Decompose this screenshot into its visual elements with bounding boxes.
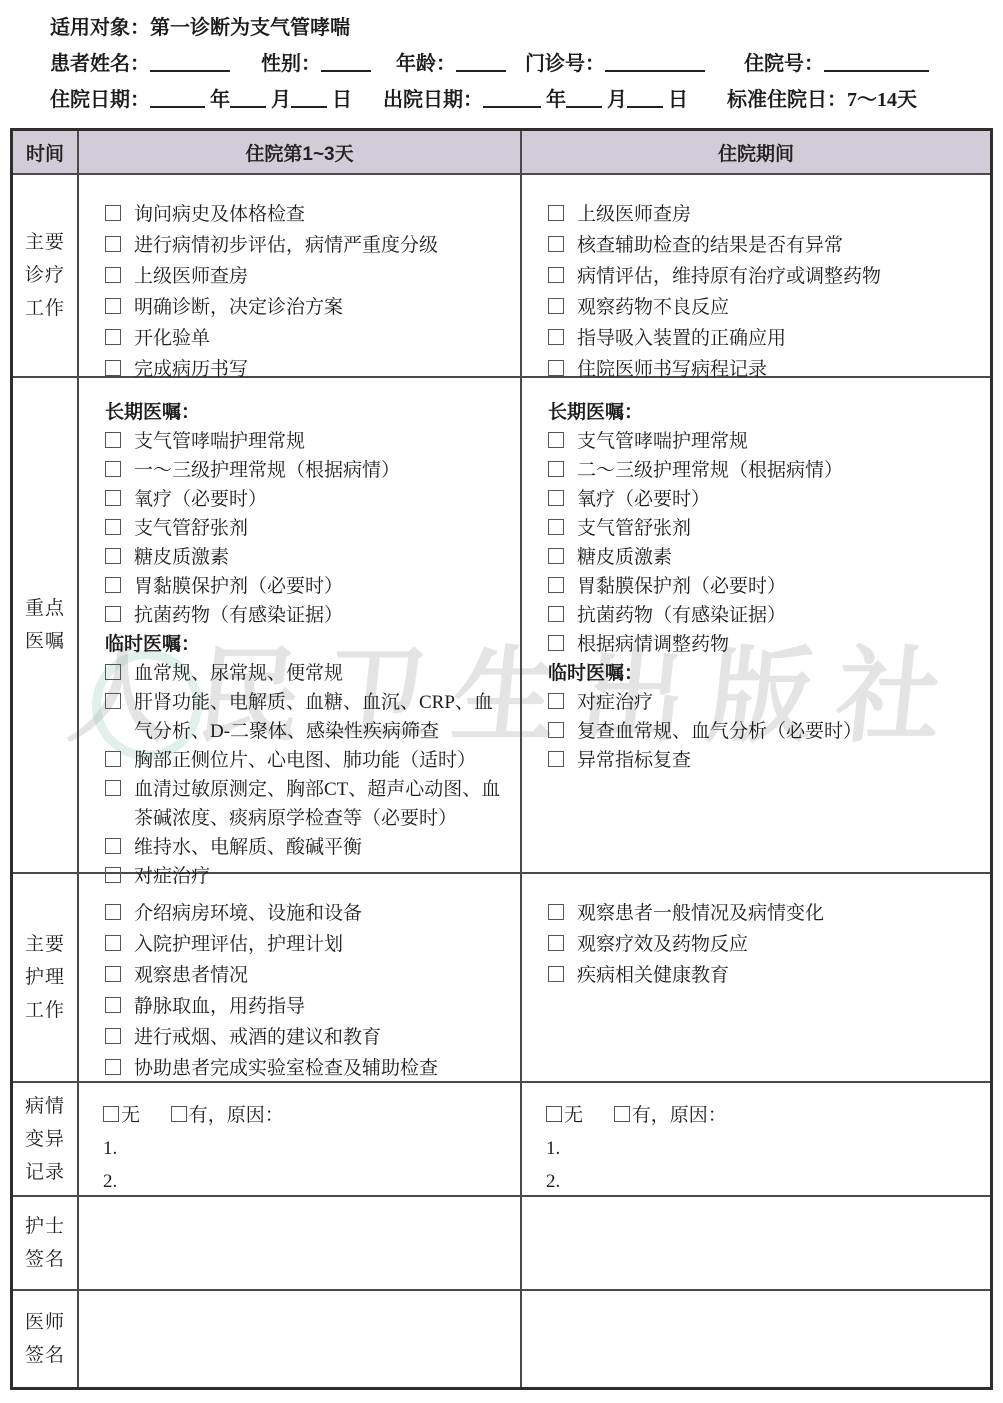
checkbox-icon (105, 236, 121, 252)
long-term-orders-heading: 长期医嘱： (105, 398, 506, 427)
checkbox-icon (105, 780, 121, 796)
age-label: 年龄： (396, 53, 456, 75)
checklist-item: 疾病相关健康教育 (548, 960, 976, 991)
diagnosis-days-1-3-cell: 询问病史及体格检查 进行病情初步评估，病情严重度分级 上级医师查房 明确诊断，决… (79, 175, 522, 378)
checklist-item: 观察患者情况 (105, 960, 506, 991)
header-time: 时间 (13, 131, 79, 175)
doctor-signature-during-stay-cell (522, 1291, 990, 1387)
checkbox-icon (105, 1059, 121, 1075)
checklist-item: 询问病史及体格检查 (105, 199, 506, 230)
row-label-orders: 重点 医嘱 (13, 378, 79, 874)
checklist-item-label: 疾病相关健康教育 (577, 965, 729, 986)
checklist-item-label: 核查辅助检查的结果是否有异常 (577, 235, 843, 256)
variation-options-line: 无 有，原因： (546, 1099, 976, 1132)
applicable-line: 适用对象：第一诊断为支气管哮喘 (50, 10, 980, 46)
checklist-item: 维持水、电解质、酸碱平衡 (105, 833, 506, 862)
page: { "form_header": { "line1": "适用对象：第一诊断为支… (0, 0, 1003, 1403)
checklist-item-label: 血常规、尿常规、便常规 (134, 663, 343, 684)
checklist-item: 病情评估，维持原有治疗或调整药物 (548, 261, 976, 292)
admission-date-label: 住院日期： (50, 89, 150, 111)
checklist-item-label: 观察患者一般情况及病情变化 (577, 903, 824, 924)
row-label-variation: 病情 变异 记录 (13, 1083, 79, 1197)
checklist-item: 支气管舒张剂 (105, 514, 506, 543)
checklist-item-label: 抗菌药物（有感染证据） (577, 605, 786, 626)
checklist-item: 异常指标复查 (548, 746, 976, 775)
patient-name-blank (150, 54, 230, 72)
label-line: 护士 (25, 1210, 65, 1243)
label-line: 签名 (25, 1339, 65, 1372)
checklist-item: 上级医师查房 (105, 261, 506, 292)
checklist-item-label: 询问病史及体格检查 (134, 204, 305, 225)
row-label-nurse-signature: 护士 签名 (13, 1197, 79, 1291)
checklist-item-label: 氧疗（必要时） (134, 489, 267, 510)
checklist-item: 支气管舒张剂 (548, 514, 976, 543)
checklist-item-label: 上级医师查房 (577, 204, 691, 225)
label-line: 主要 (25, 226, 65, 259)
checklist-item: 胃黏膜保护剂（必要时） (105, 572, 506, 601)
checklist-item-label: 异常指标复查 (577, 750, 691, 771)
option-none-label: 无 (564, 1105, 583, 1126)
label-line: 主要 (25, 928, 65, 961)
checkbox-icon (105, 966, 121, 982)
month-label-1: 月 (271, 89, 291, 111)
option-yes-label: 有，原因： (189, 1105, 284, 1126)
dates-line: 住院日期： 年 月 日 出院日期： 年 月 日 标准住院日：7～14天 (50, 82, 980, 118)
checklist-item: 二～三级护理常规（根据病情） (548, 456, 976, 485)
orders-days-1-3-cell: 长期医嘱： 支气管哮喘护理常规 一～三级护理常规（根据病情） 氧疗（必要时） 支… (79, 378, 522, 874)
row-label-doctor-signature: 医师 签名 (13, 1291, 79, 1387)
checkbox-icon (105, 519, 121, 535)
checkbox-icon (105, 461, 121, 477)
checkbox-icon (105, 838, 121, 854)
label-line: 工作 (25, 292, 65, 325)
checkbox-icon (105, 298, 121, 314)
checklist-item: 进行戒烟、戒酒的建议和教育 (105, 1022, 506, 1053)
checklist-item: 血常规、尿常规、便常规 (105, 659, 506, 688)
month-label-2: 月 (607, 89, 627, 111)
checkbox-icon (105, 205, 121, 221)
checklist-item-label: 进行病情初步评估，病情严重度分级 (134, 235, 438, 256)
label-line: 签名 (25, 1243, 65, 1276)
checkbox-icon (105, 432, 121, 448)
gender-label: 性别： (261, 53, 321, 75)
checkbox-icon (548, 267, 564, 283)
checkbox-icon (548, 606, 564, 622)
checklist-item: 观察疗效及药物反应 (548, 929, 976, 960)
temporary-orders-heading: 临时医嘱： (548, 659, 976, 688)
admission-day-blank (291, 90, 327, 108)
checkbox-icon (103, 1106, 119, 1122)
checklist-item-label: 入院护理评估，护理计划 (134, 934, 343, 955)
checklist-item-label: 肝肾功能、电解质、血糖、血沉、CRP、血气分析、D-二聚体、感染性疾病筛查 (134, 692, 493, 742)
checkbox-icon (105, 904, 121, 920)
patient-info-line: 患者姓名： 性别： 年龄： 门诊号： 住院号： (50, 46, 980, 82)
gender-blank (321, 54, 371, 72)
option-none: 无 (103, 1105, 140, 1126)
day-label-2: 日 (668, 89, 688, 111)
checklist-item-label: 支气管哮喘护理常规 (577, 431, 748, 452)
checklist-item: 胃黏膜保护剂（必要时） (548, 572, 976, 601)
checkbox-icon (171, 1106, 187, 1122)
reason-line-1: 1. (546, 1132, 976, 1165)
discharge-date-label: 出院日期： (383, 89, 483, 111)
checklist-item-label: 病情评估，维持原有治疗或调整药物 (577, 266, 881, 287)
checklist-item-label: 氧疗（必要时） (577, 489, 710, 510)
label-line: 医师 (25, 1306, 65, 1339)
checklist-item: 观察药物不良反应 (548, 292, 976, 323)
checklist-item: 指导吸入装置的正确应用 (548, 323, 976, 354)
checklist-item-label: 根据病情调整药物 (577, 634, 729, 655)
orders-during-stay-cell: 长期医嘱： 支气管哮喘护理常规 二～三级护理常规（根据病情） 氧疗（必要时） 支… (522, 378, 990, 874)
label-line: 诊疗 (25, 259, 65, 292)
checklist-item-label: 协助患者完成实验室检查及辅助检查 (134, 1058, 438, 1079)
row-label-diagnosis: 主要 诊疗 工作 (13, 175, 79, 378)
checkbox-icon (105, 490, 121, 506)
label-line: 变异 (25, 1123, 65, 1156)
checklist-item: 糖皮质激素 (548, 543, 976, 572)
checkbox-icon (105, 267, 121, 283)
variation-options-line: 无 有，原因： (103, 1099, 506, 1132)
checklist-item-label: 静脉取血，用药指导 (134, 996, 305, 1017)
checklist-item-label: 观察药物不良反应 (577, 297, 729, 318)
patient-name-label: 患者姓名： (50, 53, 150, 75)
checkbox-icon (548, 490, 564, 506)
day-label-1: 日 (332, 89, 352, 111)
checkbox-icon (546, 1106, 562, 1122)
checklist-item-label: 支气管舒张剂 (577, 518, 691, 539)
checkbox-icon (105, 1028, 121, 1044)
outpatient-no-label: 门诊号： (525, 53, 605, 75)
checkbox-icon (548, 635, 564, 651)
checkbox-icon (548, 298, 564, 314)
option-none: 无 (546, 1105, 583, 1126)
option-yes: 有，原因： (614, 1105, 727, 1126)
discharge-month-blank (566, 90, 602, 108)
label-line: 重点 (25, 592, 65, 625)
admission-year-blank (150, 90, 205, 108)
diagnosis-during-stay-cell: 上级医师查房 核查辅助检查的结果是否有异常 病情评估，维持原有治疗或调整药物 观… (522, 175, 990, 378)
checkbox-icon (548, 904, 564, 920)
checkbox-icon (105, 577, 121, 593)
checklist-item: 明确诊断，决定诊治方案 (105, 292, 506, 323)
checklist-item-label: 开化验单 (134, 328, 210, 349)
checkbox-icon (105, 329, 121, 345)
checkbox-icon (548, 548, 564, 564)
label-line: 护理 (25, 961, 65, 994)
checklist-item: 支气管哮喘护理常规 (548, 427, 976, 456)
checkbox-icon (105, 997, 121, 1013)
checklist-item: 氧疗（必要时） (548, 485, 976, 514)
checklist-item-label: 指导吸入装置的正确应用 (577, 328, 786, 349)
option-none-label: 无 (121, 1105, 140, 1126)
nurse-signature-during-stay-cell (522, 1197, 990, 1291)
checklist-item-label: 胸部正侧位片、心电图、肺功能（适时） (134, 750, 476, 771)
checklist-item-label: 糖皮质激素 (577, 547, 672, 568)
checkbox-icon (548, 519, 564, 535)
checklist-item-label: 观察患者情况 (134, 965, 248, 986)
checklist-item-label: 复查血常规、血气分析（必要时） (577, 721, 862, 742)
checkbox-icon (548, 751, 564, 767)
option-yes: 有，原因： (171, 1105, 284, 1126)
checklist-item-label: 完成病历书写 (134, 359, 248, 380)
checkbox-icon (548, 461, 564, 477)
checkbox-icon (548, 577, 564, 593)
age-blank (456, 54, 506, 72)
checklist-item-label: 支气管哮喘护理常规 (134, 431, 305, 452)
checklist-item-label: 抗菌药物（有感染证据） (134, 605, 343, 626)
inpatient-no-blank (824, 54, 929, 72)
label-line: 医嘱 (25, 625, 65, 658)
form-header: 适用对象：第一诊断为支气管哮喘 患者姓名： 性别： 年龄： 门诊号： 住院号： … (50, 10, 980, 118)
doctor-signature-days-1-3-cell (79, 1291, 522, 1387)
label-line: 工作 (25, 994, 65, 1027)
long-term-orders-heading: 长期医嘱： (548, 398, 976, 427)
checklist-item-label: 糖皮质激素 (134, 547, 229, 568)
checklist-item-label: 观察疗效及药物反应 (577, 934, 748, 955)
checklist-item-label: 明确诊断，决定诊治方案 (134, 297, 343, 318)
checklist-item: 糖皮质激素 (105, 543, 506, 572)
checklist-item-label: 胃黏膜保护剂（必要时） (134, 576, 343, 597)
checklist-item: 氧疗（必要时） (105, 485, 506, 514)
checklist-item: 胸部正侧位片、心电图、肺功能（适时） (105, 746, 506, 775)
header-during-stay: 住院期间 (522, 131, 990, 175)
checkbox-icon (548, 693, 564, 709)
checklist-item: 进行病情初步评估，病情严重度分级 (105, 230, 506, 261)
checklist-item: 对症治疗 (548, 688, 976, 717)
checklist-item-label: 上级医师查房 (134, 266, 248, 287)
checklist-item-label: 二～三级护理常规（根据病情） (577, 460, 843, 481)
header-days-1-3: 住院第1~3天 (79, 131, 522, 175)
checklist-item-label: 对症治疗 (577, 692, 653, 713)
reason-line-2: 2. (103, 1165, 506, 1198)
label-line: 记录 (25, 1156, 65, 1189)
nursing-days-1-3-cell: 介绍病房环境、设施和设备 入院护理评估，护理计划 观察患者情况 静脉取血，用药指… (79, 874, 522, 1083)
temporary-orders-heading: 临时医嘱： (105, 630, 506, 659)
checklist-item: 一～三级护理常规（根据病情） (105, 456, 506, 485)
clinical-pathway-table: 时间 住院第1~3天 住院期间 主要 诊疗 工作 询问病史及体格检查 进行病情初… (10, 128, 993, 1390)
checklist-item: 协助患者完成实验室检查及辅助检查 (105, 1053, 506, 1084)
variation-during-stay-cell: 无 有，原因： 1. 2. (522, 1083, 990, 1197)
checklist-item: 静脉取血，用药指导 (105, 991, 506, 1022)
checkbox-icon (105, 693, 121, 709)
standard-stay-label: 标准住院日：7～14天 (727, 89, 917, 111)
checklist-item-label: 进行戒烟、戒酒的建议和教育 (134, 1027, 381, 1048)
checkbox-icon (548, 205, 564, 221)
year-label-2: 年 (546, 89, 566, 111)
checkbox-icon (105, 935, 121, 951)
checklist-item: 开化验单 (105, 323, 506, 354)
checkbox-icon (548, 432, 564, 448)
option-yes-label: 有，原因： (632, 1105, 727, 1126)
checklist-item: 复查血常规、血气分析（必要时） (548, 717, 976, 746)
checkbox-icon (548, 360, 564, 376)
checklist-item-label: 维持水、电解质、酸碱平衡 (134, 837, 362, 858)
checkbox-icon (105, 751, 121, 767)
row-label-nursing: 主要 护理 工作 (13, 874, 79, 1083)
checklist-item: 核查辅助检查的结果是否有异常 (548, 230, 976, 261)
label-line: 病情 (25, 1090, 65, 1123)
discharge-year-blank (483, 90, 541, 108)
reason-line-2: 2. (546, 1165, 976, 1198)
checkbox-icon (548, 329, 564, 345)
checklist-item-label: 支气管舒张剂 (134, 518, 248, 539)
checklist-item: 观察患者一般情况及病情变化 (548, 898, 976, 929)
checklist-item-label: 介绍病房环境、设施和设备 (134, 903, 362, 924)
checklist-item-label: 胃黏膜保护剂（必要时） (577, 576, 786, 597)
inpatient-no-label: 住院号： (744, 53, 824, 75)
checklist-item: 介绍病房环境、设施和设备 (105, 898, 506, 929)
checklist-item: 抗菌药物（有感染证据） (548, 601, 976, 630)
checkbox-icon (548, 966, 564, 982)
checkbox-icon (548, 722, 564, 738)
checkbox-icon (105, 664, 121, 680)
nurse-signature-days-1-3-cell (79, 1197, 522, 1291)
applicable-text: 适用对象：第一诊断为支气管哮喘 (50, 17, 350, 39)
discharge-day-blank (627, 90, 663, 108)
checklist-item-label: 血清过敏原测定、胸部CT、超声心动图、血茶碱浓度、痰病原学检查等（必要时） (134, 779, 500, 829)
checklist-item: 肝肾功能、电解质、血糖、血沉、CRP、血气分析、D-二聚体、感染性疾病筛查 (105, 688, 506, 746)
outpatient-no-blank (605, 54, 705, 72)
checkbox-icon (105, 360, 121, 376)
checklist-item: 入院护理评估，护理计划 (105, 929, 506, 960)
checklist-item: 支气管哮喘护理常规 (105, 427, 506, 456)
checklist-item-label: 住院医师书写病程记录 (577, 359, 767, 380)
checkbox-icon (548, 935, 564, 951)
checkbox-icon (105, 548, 121, 564)
admission-month-blank (230, 90, 266, 108)
checkbox-icon (548, 236, 564, 252)
year-label-1: 年 (210, 89, 230, 111)
reason-line-1: 1. (103, 1132, 506, 1165)
checklist-item: 上级医师查房 (548, 199, 976, 230)
checkbox-icon (614, 1106, 630, 1122)
checklist-item: 根据病情调整药物 (548, 630, 976, 659)
checkbox-icon (105, 606, 121, 622)
nursing-during-stay-cell: 观察患者一般情况及病情变化 观察疗效及药物反应 疾病相关健康教育 (522, 874, 990, 1083)
checklist-item: 血清过敏原测定、胸部CT、超声心动图、血茶碱浓度、痰病原学检查等（必要时） (105, 775, 506, 833)
variation-days-1-3-cell: 无 有，原因： 1. 2. (79, 1083, 522, 1197)
checklist-item-label: 一～三级护理常规（根据病情） (134, 460, 400, 481)
checklist-item: 抗菌药物（有感染证据） (105, 601, 506, 630)
